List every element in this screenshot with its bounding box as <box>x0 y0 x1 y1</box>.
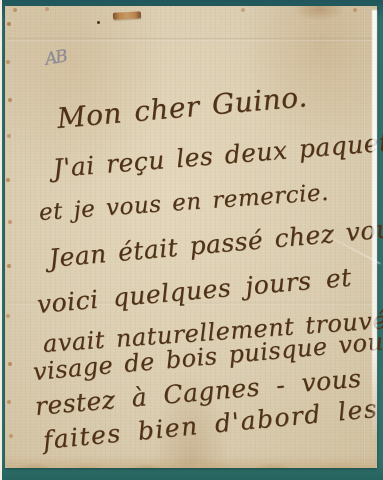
ink-speck <box>97 21 100 24</box>
pencil-annotation: AB <box>43 46 67 69</box>
stain-top-right <box>293 6 345 21</box>
fold-crease-top <box>7 38 375 41</box>
tape-residue <box>113 11 141 19</box>
deckle-bottom-edge <box>5 456 377 468</box>
handwriting-line-5: voici quelques jours et <box>36 263 353 319</box>
handwriting-line-3: et je vous en remercie. <box>38 180 330 226</box>
handwriting-line-1: Mon cher Guino. <box>56 80 309 135</box>
photo-left-edge <box>0 0 2 480</box>
letter-photograph: AB Mon cher Guino. J'ai reçu les deux pa… <box>0 0 383 480</box>
letter-paper: AB Mon cher Guino. J'ai reçu les deux pa… <box>5 6 377 468</box>
foxing-spots <box>5 6 9 10</box>
handwriting-line-2: J'ai reçu les deux paquets <box>52 127 383 183</box>
page-edge-highlight <box>372 10 377 440</box>
